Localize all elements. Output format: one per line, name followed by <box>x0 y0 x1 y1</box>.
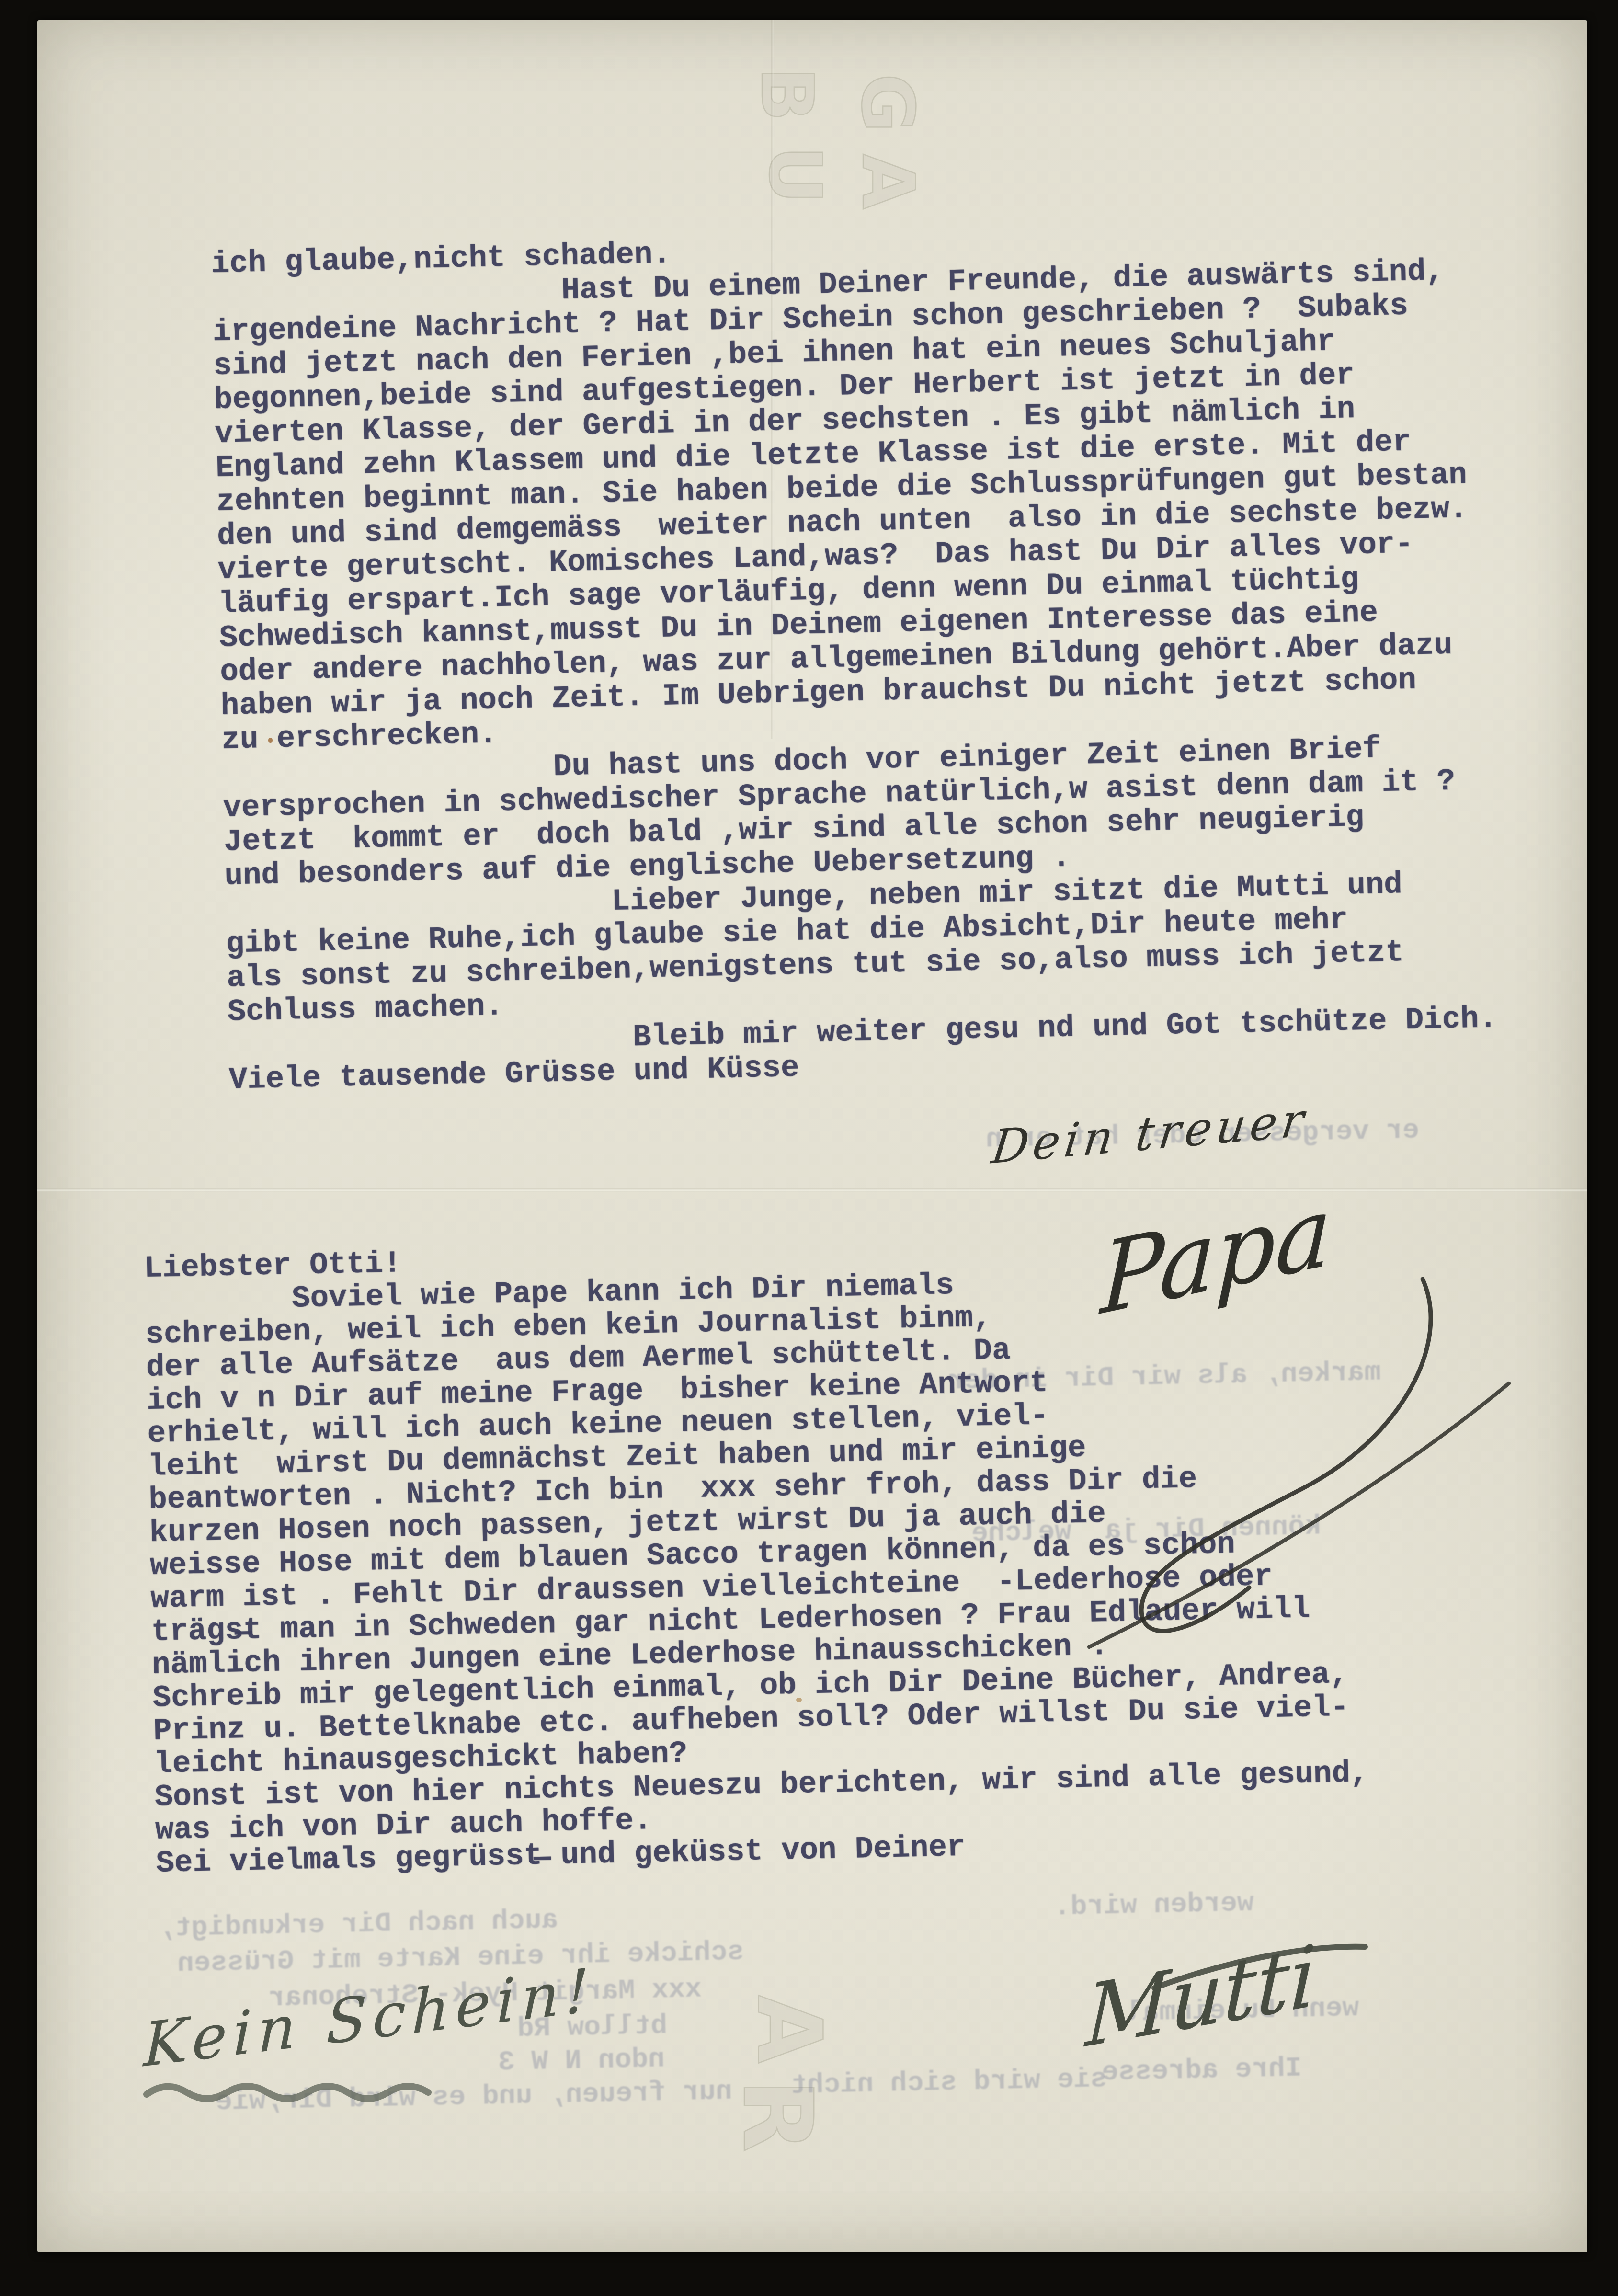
bleedthrough-fragment: werden wird. <box>1053 1888 1254 1923</box>
watermark-letter: B <box>745 67 828 122</box>
bleedthrough-fragment: sie wird sich nicht <box>790 2064 1107 2102</box>
mutti-signature: Mutti <box>1084 1927 1318 2067</box>
handwritten-note-kein-schein: Kein Schein! <box>143 1955 595 2080</box>
bleedthrough-fragment: nur freuen, und es wird Dir,wie <box>215 2076 732 2118</box>
typed-letter-papa: ich glaube,nicht schaden. Hast Du einem … <box>211 220 1498 1097</box>
watermark-letter: U <box>753 146 836 204</box>
letter-paper: BUGAAR er vergessen oder hat er nmarken,… <box>37 20 1587 2252</box>
watermark-letter: A <box>846 154 929 209</box>
scan-background: { "page": { "description": "Scanned page… <box>0 0 1618 2296</box>
ink-speck <box>268 738 273 743</box>
ink-speck <box>796 1698 802 1702</box>
note-wavy-underline <box>147 2086 428 2099</box>
watermark-letter: R <box>721 2079 833 2152</box>
bleedthrough-fragment: ndon N W 3 <box>498 2044 665 2078</box>
fold-crease-horizontal <box>37 1188 1587 1192</box>
bleedthrough-fragment: auch nach Dir erkundigt, <box>158 1905 558 1944</box>
typed-letter-mutti: Liebster Otti! Soviel wie Pape kann ich … <box>144 1228 1370 1881</box>
watermark-letter: G <box>845 73 929 132</box>
papa-closing-handwritten: Dein treuer <box>989 1092 1311 1174</box>
watermark-letter: A <box>737 1995 841 2063</box>
